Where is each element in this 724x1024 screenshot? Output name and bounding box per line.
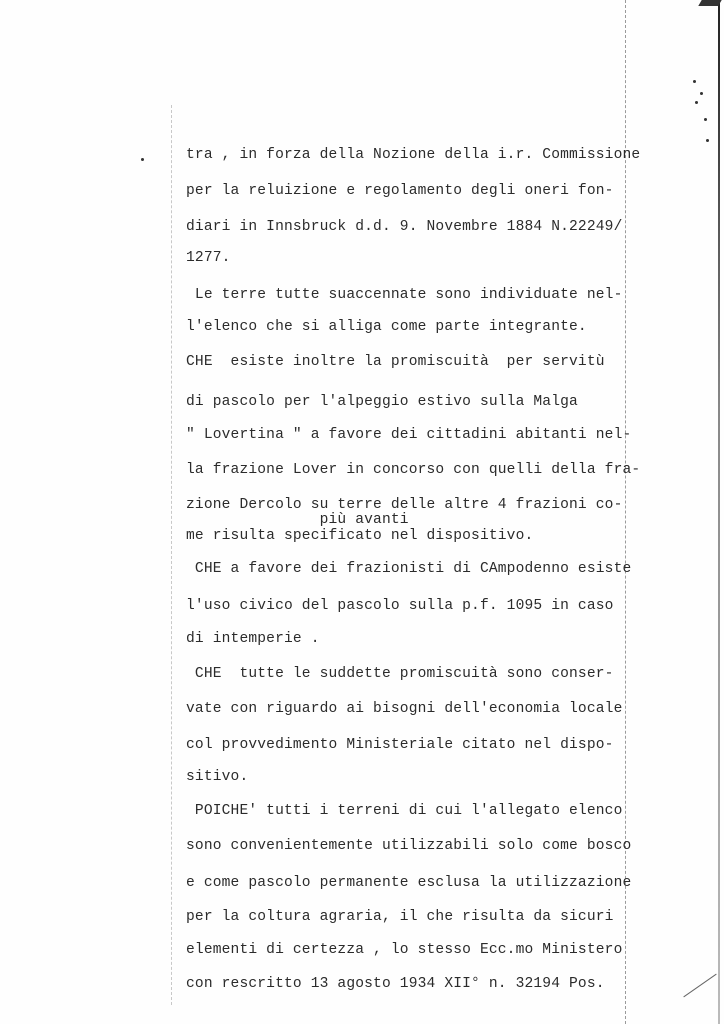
text-line: di intemperie . — [186, 630, 320, 648]
text-line: per la coltura agraria, il che risulta d… — [186, 908, 614, 926]
page-edge-shadow — [718, 0, 720, 1024]
text-line: POICHE' tutti i terreni di cui l'allegat… — [186, 802, 622, 820]
text-line: con rescritto 13 agosto 1934 XII° n. 321… — [186, 975, 605, 993]
ink-speck — [704, 118, 707, 121]
text-line: la frazione Lover in concorso con quelli… — [186, 461, 640, 479]
text-line: CHE a favore dei frazionisti di CAmpoden… — [186, 560, 631, 578]
text-line: sitivo. — [186, 768, 248, 786]
text-line: sono convenientemente utilizzabili solo … — [186, 837, 631, 855]
text-line: l'elenco che si alliga come parte integr… — [186, 318, 587, 336]
ink-speck — [693, 80, 696, 83]
text-line: tra , in forza della Nozione della i.r. … — [186, 146, 640, 164]
text-line: Le terre tutte suaccennate sono individu… — [186, 286, 622, 304]
document-page: tra , in forza della Nozione della i.r. … — [0, 0, 724, 1024]
text-line: l'uso civico del pascolo sulla p.f. 1095… — [186, 597, 614, 615]
text-line: CHE esiste inoltre la promiscuità per se… — [186, 353, 605, 371]
text-line: vate con riguardo ai bisogni dell'econom… — [186, 700, 622, 718]
text-line: CHE tutte le suddette promiscuità sono c… — [186, 665, 614, 683]
text-line: me risulta specificato nel dispositivo. — [186, 527, 533, 545]
ink-speck — [706, 139, 709, 142]
text-line: e come pascolo permanente esclusa la uti… — [186, 874, 631, 892]
ink-speck — [695, 101, 698, 104]
text-line: di pascolo per l'alpeggio estivo sulla M… — [186, 393, 578, 411]
text-line: per la reluizione e regolamento degli on… — [186, 182, 614, 200]
text-line: 1277. — [186, 249, 231, 267]
ink-speck — [141, 158, 144, 161]
left-margin-rule — [171, 105, 172, 1005]
text-line: elementi di certezza , lo stesso Ecc.mo … — [186, 941, 622, 959]
text-line: col provvedimento Ministeriale citato ne… — [186, 736, 614, 754]
text-line: diari in Innsbruck d.d. 9. Novembre 1884… — [186, 218, 622, 236]
page-corner-mark — [698, 0, 721, 6]
ink-speck — [700, 92, 703, 95]
pen-scribble — [683, 974, 716, 998]
text-line: " Lovertina " a favore dei cittadini abi… — [186, 426, 631, 444]
